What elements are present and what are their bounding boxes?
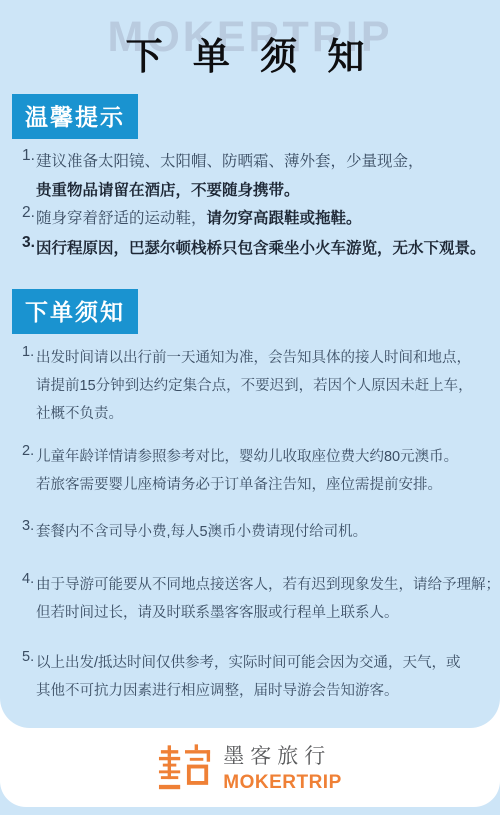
item-line: 因行程原因，巴瑟尔顿栈桥只包含乘坐小火车游览，无水下观景。 <box>36 234 486 263</box>
notice-item: 5. 以上出发/抵达时间仅供参考，实际时间可能会因为交通，天气，或 其他不可抗力… <box>22 649 461 705</box>
item-line: 出发时间请以出行前一天通知为准，会告知具体的接人时间和地点， <box>36 344 473 372</box>
item-line: 建议准备太阳镜、太阳帽、防晒霜、薄外套，少量现金， <box>36 147 424 176</box>
content-panel: MOKERTRIP 下 单 须 知 温馨提示 1. 建议准备太阳镜、太阳帽、防晒… <box>0 0 500 728</box>
item-line: 套餐内不含司导小费,每人5澳币小费请现付给司机。 <box>36 518 367 546</box>
item-number: 1. <box>22 344 34 360</box>
item-number: 5. <box>22 649 34 665</box>
notice-item: 3. 套餐内不含司导小费,每人5澳币小费请现付给司机。 <box>22 518 367 546</box>
item-number: 2. <box>22 443 34 459</box>
page-title: 下 单 须 知 <box>0 26 500 80</box>
notice-poster: MOKERTRIP 下 单 须 知 温馨提示 1. 建议准备太阳镜、太阳帽、防晒… <box>0 0 500 815</box>
item-number: 4. <box>22 571 34 587</box>
item-number: 2. <box>22 204 35 222</box>
item-number: 3. <box>22 518 34 534</box>
notice-item: 2. 儿童年龄详情请参照参考对比，婴幼儿收取座位费大约80元澳币。 若旅客需要婴… <box>22 443 458 499</box>
item-line: 其他不可抗力因素进行相应调整，届时导游会告知游客。 <box>36 677 461 705</box>
section-badge-order: 下单须知 <box>12 289 138 334</box>
item-line: 贵重物品请留在酒店，不要随身携带。 <box>36 176 424 205</box>
item-line: 以上出发/抵达时间仅供参考，实际时间可能会因为交通，天气，或 <box>36 649 461 677</box>
notice-item: 1. 建议准备太阳镜、太阳帽、防晒霜、薄外套，少量现金， 贵重物品请留在酒店，不… <box>22 147 424 205</box>
notice-item: 3. 因行程原因，巴瑟尔顿栈桥只包含乘坐小火车游览，无水下观景。 <box>22 234 486 263</box>
section-badge-tips: 温馨提示 <box>12 94 138 139</box>
item-line: 社概不负责。 <box>36 400 473 428</box>
item-number: 3. <box>22 234 35 252</box>
item-line: 儿童年龄详情请参照参考对比，婴幼儿收取座位费大约80元澳币。 <box>36 443 458 471</box>
logo-name-en: MOKERTRIP <box>223 772 342 794</box>
item-line: 由于导游可能要从不同地点接送客人，若有迟到现象发生，请给予理解； <box>36 571 500 599</box>
item-line: 随身穿着舒适的运动鞋，请勿穿高跟鞋或拖鞋。 <box>36 204 362 233</box>
logo-text: 墨客旅行 MOKERTRIP <box>223 740 342 794</box>
notice-item: 4. 由于导游可能要从不同地点接送客人，若有迟到现象发生，请给予理解； 但若时间… <box>22 571 500 627</box>
footer-logo: 墨客旅行 MOKERTRIP <box>0 740 500 794</box>
logo-name-cn: 墨客旅行 <box>223 740 342 770</box>
notice-item: 2. 随身穿着舒适的运动鞋，请勿穿高跟鞋或拖鞋。 <box>22 204 362 233</box>
item-line: 请提前15分钟到达约定集合点，不要迟到，若因个人原因未赶上车， <box>36 372 473 400</box>
item-line: 若旅客需要婴儿座椅请务必于订单备注告知，座位需提前安排。 <box>36 471 458 499</box>
item-number: 1. <box>22 147 35 165</box>
item-line: 但若时间过长，请及时联系墨客客服或行程单上联系人。 <box>36 599 500 627</box>
notice-item: 1. 出发时间请以出行前一天通知为准，会告知具体的接人时间和地点， 请提前15分… <box>22 344 473 428</box>
mokertrip-logo-icon <box>158 744 212 791</box>
